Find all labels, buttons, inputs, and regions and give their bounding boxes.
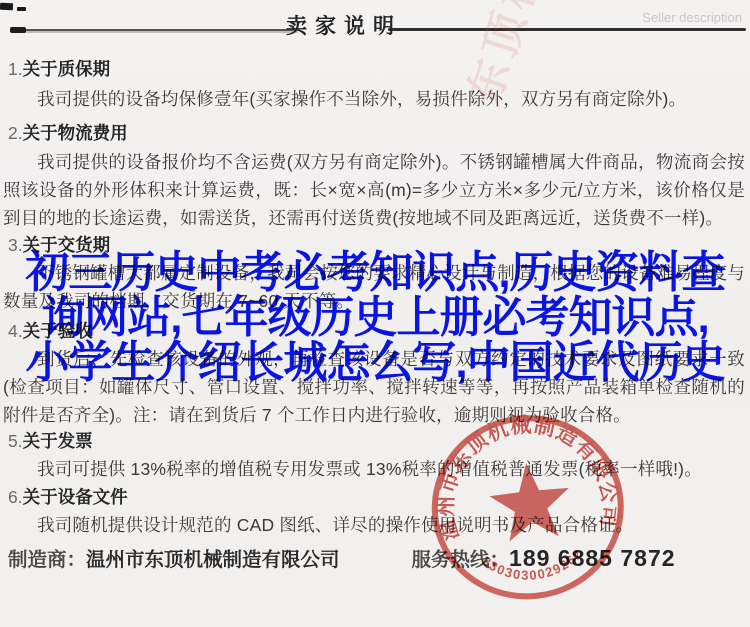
seal-star-icon bbox=[486, 459, 573, 543]
section-number: 6. bbox=[8, 487, 23, 507]
section-heading-text: 关于发票 bbox=[23, 431, 93, 451]
section-heading-text: 关于设备文件 bbox=[23, 487, 128, 507]
overlay-line: 小学生介绍长城怎么写,中国近代历史 bbox=[0, 340, 750, 385]
section-heading: 2.关于物流费用 bbox=[3, 121, 745, 145]
company-seal-stamp: 温州市东顶机械制造有限公司 3303030029262 bbox=[407, 391, 653, 627]
section-heading-text: 关于物流费用 bbox=[23, 123, 128, 143]
page-title: 卖家说明 bbox=[0, 10, 688, 40]
section-body-text: 我司提供的设备报价均不含运费(双方另有商定除外)。不锈钢罐槽属大件商品，物流商会… bbox=[3, 148, 745, 232]
section-number: 2. bbox=[8, 123, 23, 143]
overlay-line: 初三历史中考必考知识点,历史资料查 bbox=[0, 250, 750, 295]
section-number: 1. bbox=[8, 59, 23, 79]
section-body-text: 我司提供的设备均保修壹年(买家操作不当除外，易损件除外，双方另有商定除外)。 bbox=[3, 85, 745, 113]
section-warranty: 1.关于质保期 我司提供的设备均保修壹年(买家操作不当除外，易损件除外，双方另有… bbox=[3, 57, 745, 113]
manufacturer-label: 制造商： bbox=[8, 549, 86, 571]
section-heading: 1.关于质保期 bbox=[3, 57, 745, 81]
seal-registration-number: 3303030029262 bbox=[478, 543, 588, 588]
blue-overlay-text: 初三历史中考必考知识点,历史资料查 询网站,七年级历史上册必考知识点, 小学生介… bbox=[0, 250, 750, 385]
overlay-line: 询网站,七年级历史上册必考知识点, bbox=[0, 295, 750, 340]
section-logistics-fee: 2.关于物流费用 我司提供的设备报价均不含运费(双方另有商定除外)。不锈钢罐槽属… bbox=[3, 121, 745, 232]
svg-text:3303030029262: 3303030029262 bbox=[478, 543, 588, 588]
page-subtitle: Seller description bbox=[642, 10, 742, 25]
section-heading-text: 关于质保期 bbox=[23, 59, 111, 79]
manufacturer-name: 温州市东顶机械制造有限公司 bbox=[86, 549, 340, 571]
section-number: 5. bbox=[8, 431, 23, 451]
